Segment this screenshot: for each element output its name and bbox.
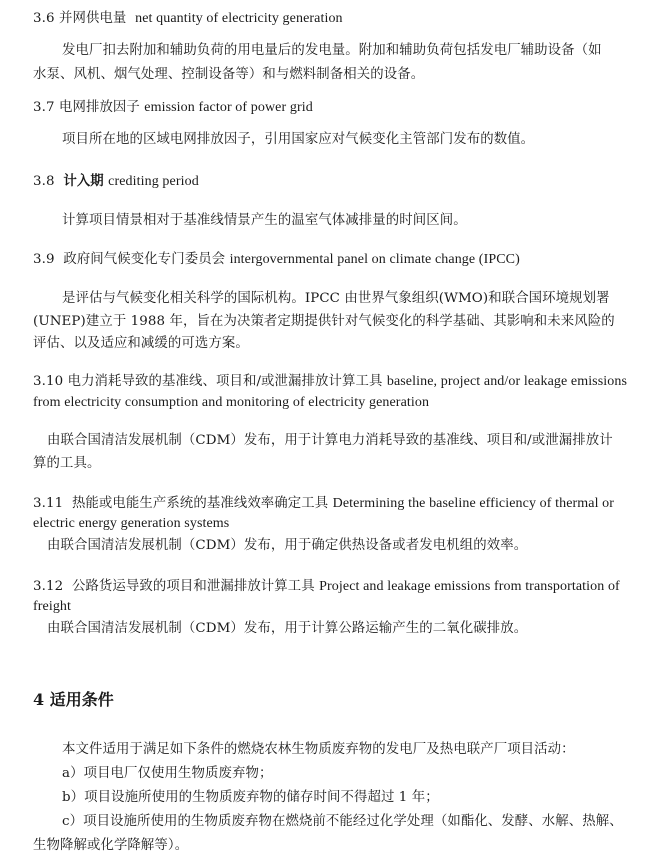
section-number: 3.6	[33, 11, 55, 26]
section-3-6-body-1: 发电厂扣去附加和辅助负荷的用电量后的发电量。附加和辅助负荷包括发电厂辅助设备（如	[62, 42, 602, 60]
section-3-10-body-2: 算的工具。	[33, 455, 100, 473]
section-number: 3.11	[33, 496, 63, 511]
chapter-4-intro: 本文件适用于满足如下条件的燃烧农林生物质废弃物的发电厂及热电联产厂项目活动：	[62, 741, 575, 759]
condition-c-cont: 生物降解或化学降解等）。	[33, 837, 188, 855]
section-title-zh: 计入期	[63, 173, 103, 189]
section-3-11-heading: 3.11 热能或电能生产系统的基准线效率确定工具 Determining the…	[33, 495, 614, 513]
section-3-7-heading: 3.7 电网排放因子 emission factor of power grid	[33, 99, 313, 117]
section-3-11-body-1: 由联合国清洁发展机制（CDM）发布，用于确定供热设备或者发电机组的效率。	[47, 537, 527, 555]
section-3-10-body-1: 由联合国清洁发展机制（CDM）发布，用于计算电力消耗导致的基准线、项目和/或泄漏…	[47, 432, 613, 450]
section-3-8-heading: 3.8 计入期 crediting period	[33, 172, 199, 191]
section-3-6-body-2: 水泵、风机、烟气处理、控制设备等）和与燃料制备相关的设备。	[33, 66, 424, 84]
section-title-zh: 公路货运导致的项目和泄漏排放计算工具	[72, 579, 315, 594]
chapter-4-heading: 4 适用条件	[33, 690, 114, 710]
section-3-12-heading-cont: freight	[33, 598, 71, 616]
section-title-en: net quantity of electricity generation	[135, 11, 343, 26]
section-title-zh: 热能或电能生产系统的基准线效率确定工具	[72, 496, 328, 511]
section-3-10-heading-cont: from electricity consumption and monitor…	[33, 394, 429, 412]
section-3-9-body-1: 是评估与气候变化相关科学的国际机构。IPCC 由世界气象组织(WMO)和联合国环…	[62, 290, 610, 308]
section-3-9-heading: 3.9 政府间气候变化专门委员会 intergovernmental panel…	[33, 251, 520, 269]
section-title-en-1: Project and leakage emissions from trans…	[319, 579, 620, 594]
section-3-8-body-1: 计算项目情景相对于基准线情景产生的温室气体减排量的时间区间。	[62, 212, 467, 230]
section-3-6-heading: 3.6 并网供电量 net quantity of electricity ge…	[33, 10, 343, 28]
section-number: 3.7	[33, 100, 55, 115]
section-number: 3.8	[33, 174, 55, 189]
section-title-en-1: baseline, project and/or leakage emissio…	[387, 374, 627, 389]
section-title-en: crediting period	[108, 174, 199, 189]
section-3-10-heading: 3.10 电力消耗导致的基准线、项目和/或泄漏排放计算工具 baseline, …	[33, 373, 627, 391]
condition-a: a）项目电厂仅使用生物质废弃物；	[62, 765, 272, 783]
section-3-9-body-3: 评估、以及适应和减缓的可选方案。	[33, 335, 249, 353]
section-number: 3.9	[33, 252, 55, 267]
section-number: 3.12	[33, 579, 63, 594]
section-title-en: intergovernmental panel on climate chang…	[230, 252, 520, 267]
section-3-12-body-1: 由联合国清洁发展机制（CDM）发布，用于计算公路运输产生的二氧化碳排放。	[47, 620, 527, 638]
condition-b: b）项目设施所使用的生物质废弃物的储存时间不得超过 1 年；	[62, 789, 439, 807]
section-3-12-heading: 3.12 公路货运导致的项目和泄漏排放计算工具 Project and leak…	[33, 578, 620, 596]
section-number: 3.10	[33, 374, 63, 389]
section-3-11-heading-cont: electric energy generation systems	[33, 515, 229, 533]
section-title-zh: 并网供电量	[59, 11, 126, 26]
section-title-en: emission factor of power grid	[144, 100, 313, 115]
section-3-7-body-1: 项目所在地的区域电网排放因子，引用国家应对气候变化主管部门发布的数值。	[62, 131, 534, 149]
section-title-zh: 政府间气候变化专门委员会	[63, 252, 225, 267]
section-title-zh: 电力消耗导致的基准线、项目和/或泄漏排放计算工具	[68, 374, 383, 389]
section-title-en-1: Determining the baseline efficiency of t…	[333, 496, 614, 511]
condition-c: c）项目设施所使用的生物质废弃物在燃烧前不能经过化学处理（如酯化、发酵、水解、热…	[62, 813, 623, 831]
section-3-9-body-2: (UNEP)建立于 1988 年，旨在为决策者定期提供针对气候变化的科学基础、其…	[33, 313, 615, 331]
section-title-zh: 电网排放因子	[59, 100, 140, 115]
